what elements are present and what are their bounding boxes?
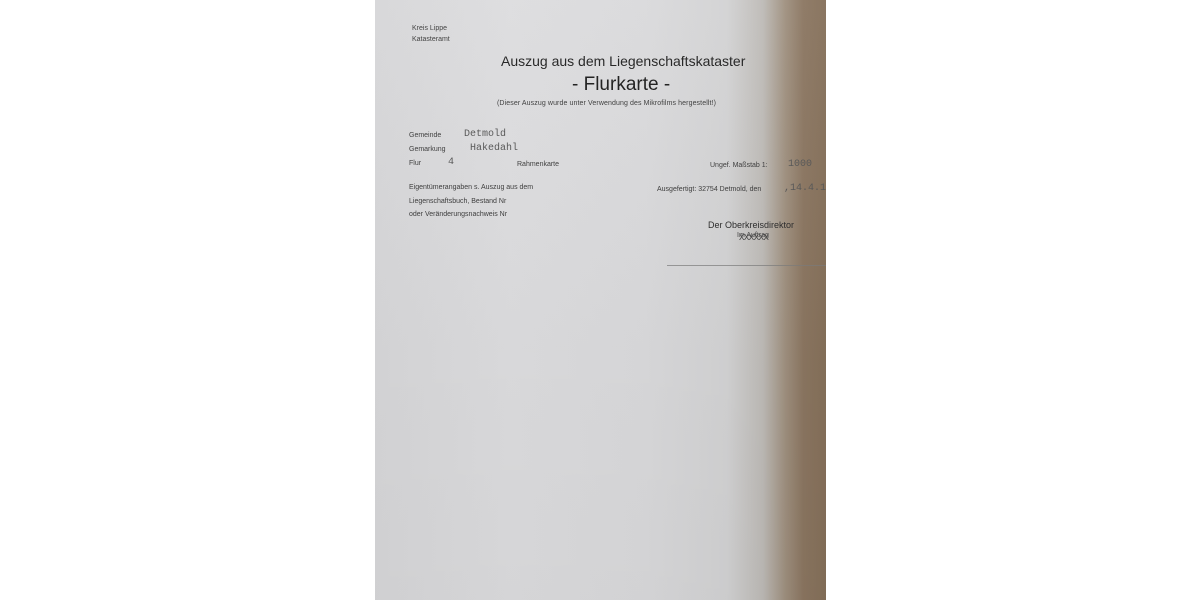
authority-line-2: Katasteramt [412, 36, 450, 43]
flur-label: Flur [409, 160, 421, 167]
flur-value: 4 [448, 157, 454, 168]
gemeinde-label: Gemeinde [409, 132, 441, 139]
gemarkung-label: Gemarkung [409, 146, 446, 153]
document-title: Auszug aus dem Liegenschaftskataster [501, 53, 745, 69]
issued-date: ,14.4.199 [784, 183, 826, 194]
cadastral-document-page: Kreis Lippe Katasteramt Auszug aus dem L… [375, 0, 826, 600]
microfilm-note: (Dieser Auszug wurde unter Verwendung de… [497, 100, 716, 107]
owner-info-line-1: Eigentümerangaben s. Auszug aus dem [409, 184, 533, 191]
owner-info-line-2: Liegenschaftsbuch, Bestand Nr [409, 198, 506, 205]
authority-line-1: Kreis Lippe [412, 25, 447, 32]
scale-label: Ungef. Maßstab 1: [710, 162, 768, 169]
owner-info-line-3: oder Veränderungsnachweis Nr [409, 211, 507, 218]
struck-signature: XXXXXX [739, 233, 768, 243]
issued-label: Ausgefertigt: 32754 Detmold, den [657, 186, 761, 193]
rahmenkarte-label: Rahmenkarte [517, 161, 559, 168]
gemeinde-value: Detmold [464, 129, 506, 140]
gemarkung-value: Hakedahl [470, 143, 518, 154]
scale-value: 1000 [788, 159, 812, 170]
signatory-title: Der Oberkreisdirektor [708, 220, 794, 230]
document-subtitle: - Flurkarte - [572, 74, 670, 96]
signature-line [667, 265, 826, 266]
